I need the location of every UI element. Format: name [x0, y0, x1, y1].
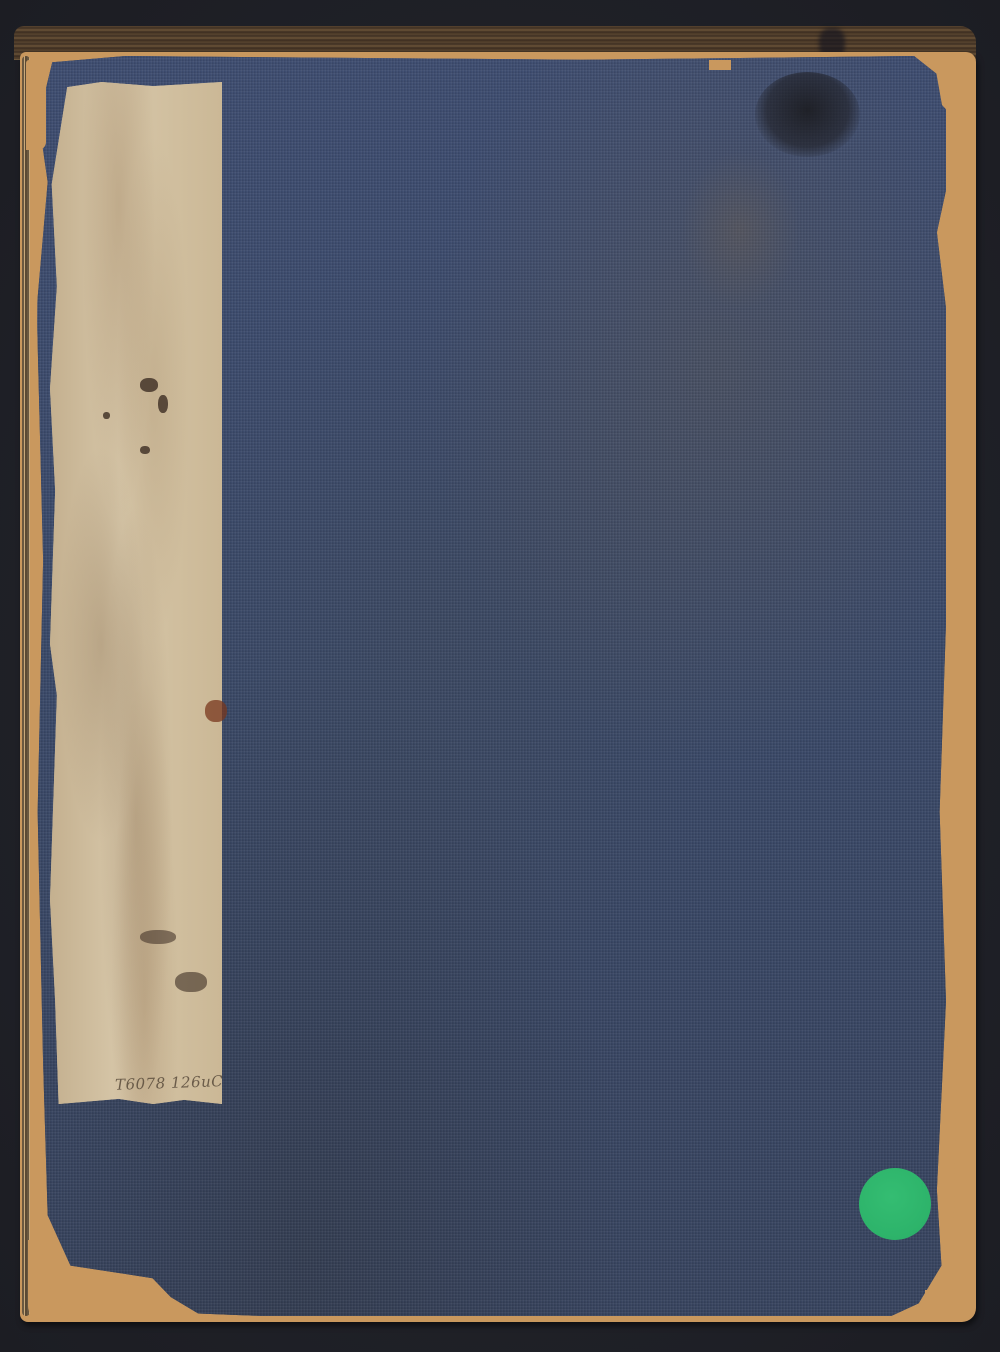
discoloration-patch — [680, 150, 800, 310]
slip-spot — [140, 446, 150, 454]
worn-corner-bottom-right — [925, 1290, 970, 1320]
slip-spot — [140, 930, 176, 944]
slip-spot — [175, 972, 207, 992]
slip-spot — [103, 412, 110, 419]
slip-spot — [205, 700, 227, 722]
slip-spot — [140, 378, 158, 392]
book-spine-edge — [22, 56, 30, 1316]
title-slip-label — [50, 82, 222, 1104]
handwritten-call-number: T6078 126uC — [115, 1072, 224, 1094]
worn-corner-top-left — [26, 60, 46, 150]
worn-spot-top — [709, 60, 731, 70]
water-stain — [755, 72, 860, 157]
green-sticker — [859, 1168, 931, 1240]
slip-spot — [158, 395, 168, 413]
